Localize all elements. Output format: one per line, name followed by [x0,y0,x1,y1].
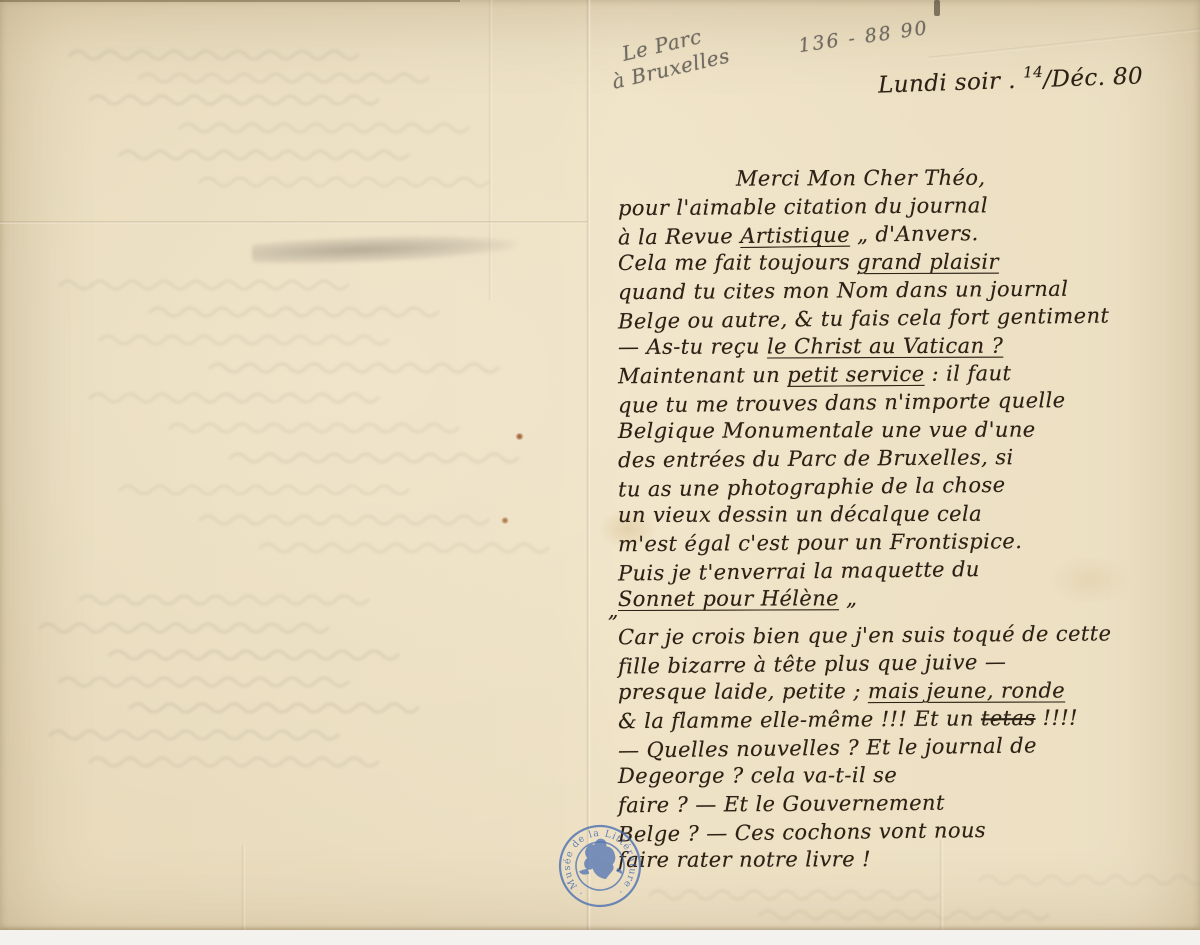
letter-text-segment: des entrées du Parc de Bruxelles, si [618,445,1014,472]
letter-text-segment: — Quelles nouvelles ? Et le journal de [618,733,1037,762]
letter-line: Sonnet pour Hélène „ [618,583,1193,613]
letter-text-segment: Belge ou autre, & tu fais cela fort gent… [618,304,1110,334]
letter-line: Belge ? — Ces cochons vont nous [618,813,1193,848]
letter-scan: Le Parc à Bruxelles 136 - 88 90 Lundi so… [0,0,1200,945]
inventory-number: 136 - 88 90 [797,17,930,57]
date-prefix: Lundi soir . [878,68,1017,99]
letter-text-segment: Belgique Monumentale une vue d'une [618,418,1036,443]
letter-text-segment: grand plaisir [857,250,999,274]
letter-text-segment: pour l'aimable citation du journal [618,193,988,220]
scanner-edge-strip [0,930,1200,945]
ink-speck [934,0,940,16]
letter-text-segment: un vieux dessin un décalque cela [618,502,982,527]
pencil-title-annotation: Le Parc à Bruxelles [620,19,733,91]
letter-line: tu as une photographie de la chose [618,468,1193,503]
date-line: Lundi soir . 14/Déc. 80 [878,59,1144,98]
letter-text-segment: à la Revue [618,224,741,249]
letter-line: — Quelles nouvelles ? Et le journal de [618,729,1193,764]
letter-text-segment: Maintenant un [618,363,787,388]
letter-line: Puis je t'enverrai la maquette du [618,552,1193,587]
letter-line: à la Revue Artistique „ d'Anvers. [618,216,1193,251]
letter-line: Belge ou autre, & tu fais cela fort gent… [618,300,1193,335]
letter-text-segment: : il faut [924,361,1011,386]
letter-text-segment: Cela me fait toujours [618,250,857,275]
letter-line: que tu me trouves dans n'importe quelle [618,384,1193,419]
erased-pencil-smudge [252,231,518,266]
letter-line: Degeorge ? cela va-t-il se [618,760,1193,790]
letter-text-segment: & la flamme elle-même !!! Et un [618,706,981,733]
letter-line: Cela me fait toujours grand plaisir [618,247,1193,277]
letter-text-segment: Merci Mon Cher Théo, [736,166,986,191]
letter-text-segment: quand tu cites mon Nom dans un journal [618,277,1068,305]
letter-text-segment: tu as une photographie de la chose [618,473,1006,502]
foxing-spot [501,517,509,524]
letter-text-segment: Sonnet pour Hélène [618,586,839,611]
letter-text-segment: faire ? — Et le Gouvernement [618,791,945,818]
letter-text-segment: Artistique [740,223,850,248]
letter-text-segment: petit service [787,362,925,387]
letter-line: presque laide, petite ; mais jeune, rond… [618,676,1193,706]
letter-text-segment: presque laide, petite ; [618,679,868,704]
margin-quote-mark: „ [608,598,619,622]
letter-text-segment: Degeorge ? cela va-t-il se [618,763,897,788]
top-right-crease [929,27,1200,59]
letter-text-segment: !!!! [1035,706,1078,730]
letter-line: un vieux dessin un décalque cela [618,499,1193,529]
letter-text-segment: Car je crois bien que j'en suis toqué de… [618,621,1112,649]
letter-text-segment: „ d'Anvers. [850,221,979,247]
horizontal-crease [0,221,588,224]
letter-text-segment: — As-tu reçu [618,334,767,359]
letter-text-segment: tetas [981,706,1036,730]
letter-line: Belgique Monumentale une vue d'une [618,415,1193,445]
letter-text-segment: que tu me trouves dans n'importe quelle [618,388,1066,417]
letter-line: faire rater notre livre ! [618,844,1193,874]
letter-text-segment: „ [839,586,857,610]
paper-edge [0,0,460,2]
letter-text-segment: fille bizarre à tête plus que juive — [618,650,1007,679]
letter-line: — As-tu reçu le Christ au Vatican ? [618,331,1193,361]
date-day-superscript: 14 [1023,63,1044,82]
letter-text-segment: Belge ? — Ces cochons vont nous [618,818,986,846]
foxing-spot [515,433,524,440]
letter-text-segment: m'est égal c'est pour un Frontispice. [618,529,1022,556]
date-suffix: /Déc. 80 [1043,63,1144,92]
letter-text-segment: mais jeune, ronde [868,678,1065,703]
letter-line: Merci Mon Cher Théo, [618,163,1193,193]
letter-text-segment: Puis je t'enverrai la maquette du [618,557,980,585]
letter-text-segment: le Christ au Vatican ? [767,334,1003,359]
letter-line: fille bizarre à tête plus que juive — [618,645,1193,680]
letter-body: Merci Mon Cher Théo,pour l'aimable citat… [618,164,1193,873]
